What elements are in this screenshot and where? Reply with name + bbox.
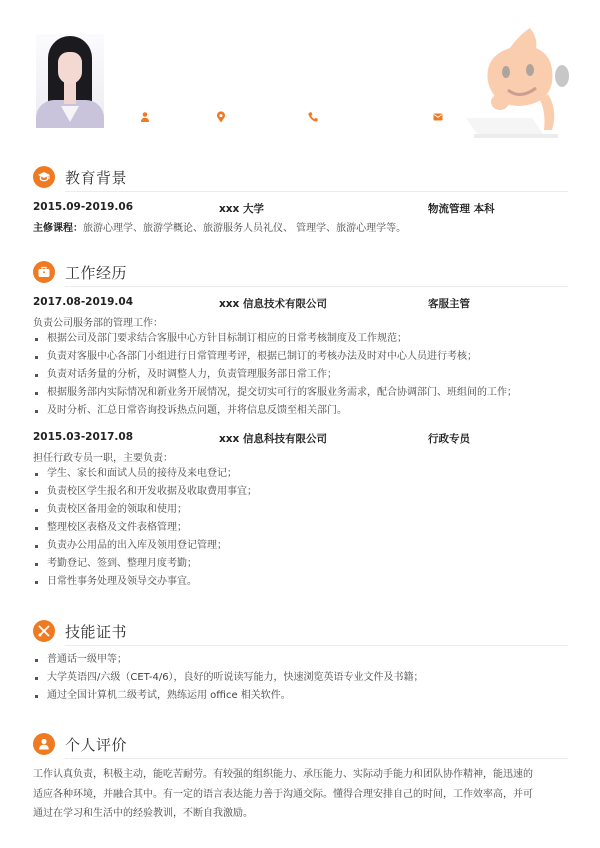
work-section-header: 工作经历 [33,261,568,287]
company-name: xxx 信息技术有限公司 [219,296,327,311]
resume-header [0,0,600,150]
section-title: 教育背景 [65,167,127,188]
list-item: 及时分析、汇总日常咨询投诉热点问题，并将信息反馈至相关部门。 [33,402,517,420]
job-duties-list: 学生、家长和面试人员的接待及来电登记； 负责校区学生报名和开发收据及收取费用事宜… [33,465,257,591]
skills-section-header: 技能证书 [33,620,568,646]
section-divider [65,286,568,287]
company-name: xxx 信息科技有限公司 [219,431,327,446]
section-divider [65,645,568,646]
job-period: 2015.03-2017.08 [33,431,133,443]
phone-icon [307,108,319,120]
list-item: 负责对话务量的分析，及时调整人力，负责管理服务部日常工作； [33,366,517,384]
section-title: 技能证书 [65,621,127,642]
list-item: 整理校区表格及文件表格管理； [33,519,257,537]
evaluation-section-header: 个人评价 [33,733,568,759]
major-degree: 物流管理 本科 [428,201,495,216]
job-entry-header: 2015.03-2017.08 xxx 信息科技有限公司 行政专员 [33,431,573,445]
job-duties-list: 根据公司及部门要求结合客服中心方针目标制订相应的日常考核制度及工作规范； 负责对… [33,330,517,420]
list-item: 根据公司及部门要求结合客服中心方针目标制订相应的日常考核制度及工作规范； [33,330,517,348]
email-icon [432,108,444,120]
skills-list: 普通话一级甲等； 大学英语四/六级（CET-4/6），良好的听说读写能力，快速浏… [33,651,424,705]
tools-icon [33,620,55,642]
list-item: 大学英语四/六级（CET-4/6），良好的听说读写能力，快速浏览英语专业文件及书… [33,669,424,687]
list-item: 负责办公用品的出入库及领用登记管理； [33,537,257,555]
section-title: 个人评价 [65,734,127,755]
graduation-cap-icon [33,166,55,188]
job-intro: 负责公司服务部的管理工作： [33,314,163,329]
evaluation-line: 适应各种环境，并融合其中。有一定的语言表达能力善于沟通交际。懂得合理安排自己的时… [33,785,569,805]
list-item: 通过全国计算机二级考试，熟练运用 office 相关软件。 [33,687,424,705]
list-item: 根据服务部内实际情况和新业务开展情况，提交切实可行的客服业务需求，配合协调部门、… [33,384,517,402]
education-period: 2015.09-2019.06 [33,201,133,213]
job-position: 行政专员 [428,431,470,446]
user-icon [33,733,55,755]
job-period: 2017.08-2019.04 [33,296,133,308]
mascot-illustration [460,20,580,138]
courses-line: 主修课程：旅游心理学、旅游学概论、旅游服务人员礼仪、 管理学、旅游心理学等。 [33,219,406,234]
section-divider [65,758,568,759]
job-position: 客服主管 [428,296,470,311]
list-item: 负责校区备用金的领取和使用； [33,501,257,519]
evaluation-line: 通过在学习和生活中的经验教训，不断自我激励。 [33,804,569,824]
list-item: 考勤登记、签到、整理月度考勤； [33,555,257,573]
courses-label: 主修课程： [33,223,83,234]
list-item: 日常性事务处理及领导交办事宜。 [33,573,257,591]
briefcase-icon [33,261,55,283]
section-divider [65,191,568,192]
location-icon [215,108,227,120]
profile-photo [36,34,104,128]
list-item: 学生、家长和面试人员的接待及来电登记； [33,465,257,483]
list-item: 负责校区学生报名和开发收据及收取费用事宜； [33,483,257,501]
courses-list: 旅游心理学、旅游学概论、旅游服务人员礼仪、 管理学、旅游心理学等。 [83,223,406,234]
person-icon [139,108,151,120]
self-evaluation-text: 工作认真负责，积极主动，能吃苦耐劳。有较强的组织能力、承压能力、实际动手能力和团… [33,765,569,824]
education-entry: 2015.09-2019.06 xxx 大学 物流管理 本科 [33,201,573,215]
job-intro: 担任行政专员一职，主要负责： [33,449,173,464]
education-section-header: 教育背景 [33,166,568,192]
list-item: 普通话一级甲等； [33,651,424,669]
evaluation-line: 工作认真负责，积极主动，能吃苦耐劳。有较强的组织能力、承压能力、实际动手能力和团… [33,765,569,785]
list-item: 负责对客服中心各部门小组进行日常管理考评，根据已制订的考核办法及时对中心人员进行… [33,348,517,366]
school-name: xxx 大学 [219,201,264,216]
section-title: 工作经历 [65,262,127,283]
job-entry-header: 2017.08-2019.04 xxx 信息技术有限公司 客服主管 [33,296,573,310]
